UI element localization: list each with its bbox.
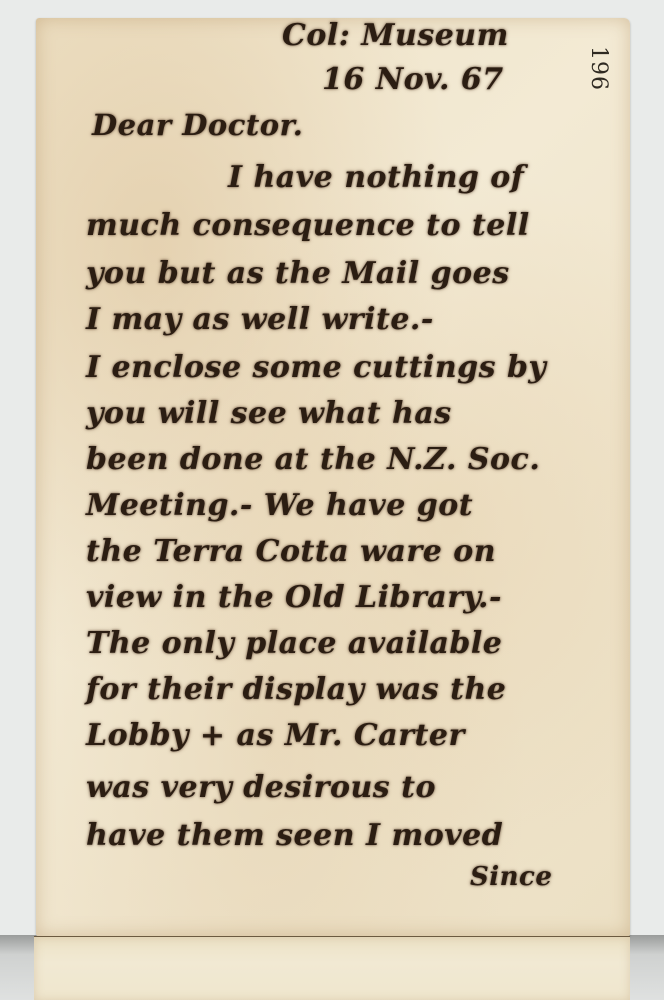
letter-salutation: Dear Doctor.: [92, 108, 303, 142]
letter-line: you will see what has: [86, 396, 452, 431]
letter-line-continuation: Since: [470, 862, 552, 892]
letter-heading-date: 16 Nov. 67: [322, 62, 504, 97]
letter-line: Meeting.- We have got: [86, 488, 473, 523]
letter-line: I may as well write.-: [86, 302, 434, 337]
letter-line: the Terra Cotta ware on: [86, 534, 496, 569]
letter-line: been done at the N.Z. Soc.: [86, 442, 540, 477]
folio-number-text: 196: [586, 46, 611, 91]
letter-line: I have nothing of: [228, 160, 524, 195]
letter-line: much consequence to tell: [86, 208, 530, 243]
letter-page-fold-below: [34, 936, 630, 1000]
letter-line: view in the Old Library.-: [86, 580, 502, 615]
letter-heading-place: Col: Museum: [282, 18, 509, 53]
letter-line: I enclose some cuttings by: [86, 350, 546, 385]
letter-line: you but as the Mail goes: [86, 256, 510, 291]
letter-line: for their display was the: [86, 672, 506, 707]
folio-number: 196: [578, 38, 618, 98]
letter-line: have them seen I moved: [86, 818, 503, 853]
letter-line: The only place available: [86, 626, 502, 661]
letter-line: Lobby + as Mr. Carter: [86, 718, 465, 753]
letter-line: was very desirous to: [86, 770, 436, 805]
